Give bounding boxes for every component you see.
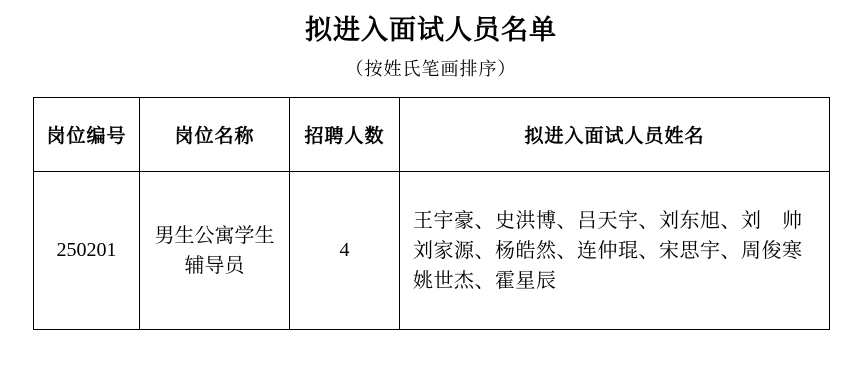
cell-job-code: 250201 <box>34 172 140 330</box>
header-recruit-count: 招聘人数 <box>290 98 400 172</box>
page-subtitle: （按姓氏笔画排序） <box>33 55 829 81</box>
candidates-table: 岗位编号 岗位名称 招聘人数 拟进入面试人员姓名 250201 男生公寓学生辅导… <box>33 97 830 330</box>
table-row: 250201 男生公寓学生辅导员 4 王宇豪、史洪博、吕天宇、刘东旭、刘 帅 刘… <box>34 172 830 330</box>
header-job-code: 岗位编号 <box>34 98 140 172</box>
cell-candidate-names: 王宇豪、史洪博、吕天宇、刘东旭、刘 帅 刘家源、杨皓然、连仲琨、宋思宇、周俊寒 … <box>400 172 830 330</box>
page-title: 拟进入面试人员名单 <box>33 8 829 47</box>
header-candidate-names: 拟进入面试人员姓名 <box>400 98 830 172</box>
cell-recruit-count: 4 <box>290 172 400 330</box>
header-job-name: 岗位名称 <box>140 98 290 172</box>
table-header-row: 岗位编号 岗位名称 招聘人数 拟进入面试人员姓名 <box>34 98 830 172</box>
cell-job-name: 男生公寓学生辅导员 <box>140 172 290 330</box>
